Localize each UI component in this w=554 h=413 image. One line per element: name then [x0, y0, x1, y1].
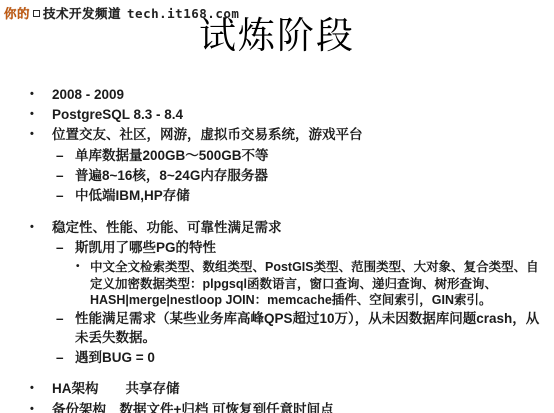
slide-title: 试炼阶段 [0, 16, 554, 59]
bullet-text: 稳定性、性能、功能、可靠性满足需求 [52, 219, 282, 237]
bullet-text: PostgreSQL 8.3 - 8.4 [52, 106, 183, 124]
bullet-text: 2008 - 2009 [52, 86, 124, 104]
bullet-text: HA架构 共享存储 [52, 380, 180, 398]
bullet-text: 备份架构 数据文件+归档 可恢复到任意时间点 [52, 401, 334, 413]
bullet-marker: • [30, 219, 52, 235]
watermark-site-url: tech.it168.com [127, 6, 239, 21]
bullet-marker: • [30, 380, 52, 396]
bullet-marker: – [56, 187, 75, 205]
bullet-text: 单库数据量200GB～500GB不等 [75, 147, 269, 165]
bullet-item: –普遍8~16核，8~24G内存服务器 [0, 167, 546, 185]
bullet-item: •备份架构 数据文件+归档 可恢复到任意时间点 [0, 401, 546, 413]
bullet-item: –遇到BUG = 0 [0, 349, 546, 367]
bullet-marker: – [56, 239, 75, 257]
bullet-item: •稳定性、性能、功能、可靠性满足需求 [0, 219, 546, 237]
bullet-item: –中低端IBM,HP存储 [0, 187, 546, 205]
bullet-marker: – [56, 349, 75, 367]
bullet-text: 中低端IBM,HP存储 [75, 187, 190, 205]
watermark: 你的 技术开发频道 tech.it168.com [4, 4, 239, 22]
bullet-item: –性能满足需求（某些业务库高峰QPS超过10万），从未因数据库问题crash，从… [0, 310, 546, 347]
bullet-marker: – [56, 310, 75, 328]
bullet-marker: • [30, 126, 52, 142]
presentation-slide: 你的 技术开发频道 tech.it168.com 试炼阶段 •2008 - 20… [0, 0, 554, 413]
watermark-prefix: 你的 [4, 4, 30, 22]
bullet-marker: – [56, 167, 75, 185]
bullet-item: •位置交友、社区，网游，虚拟币交易系统，游戏平台 [0, 126, 546, 144]
bullet-text: 普遍8~16核，8~24G内存服务器 [75, 167, 268, 185]
bullet-marker: – [56, 147, 75, 165]
bullet-item: •HA架构 共享存储 [0, 380, 546, 398]
square-separator-icon [33, 10, 40, 17]
bullet-text: 中文全文检索类型、数组类型、PostGIS类型、范围类型、大对象、复合类型、自定… [90, 259, 546, 308]
bullet-item: –斯凯用了哪些PG的特性 [0, 239, 546, 257]
bullet-text: 斯凯用了哪些PG的特性 [75, 239, 216, 257]
bullet-item: –单库数据量200GB～500GB不等 [0, 147, 546, 165]
bullet-text: 位置交友、社区，网游，虚拟币交易系统，游戏平台 [52, 126, 363, 144]
bullet-marker: • [30, 106, 52, 122]
bullet-item: •2008 - 2009 [0, 86, 546, 104]
bullet-list: •2008 - 2009•PostgreSQL 8.3 - 8.4•位置交友、社… [0, 86, 554, 413]
bullet-text: 遇到BUG = 0 [75, 349, 155, 367]
watermark-channel: 技术开发频道 [43, 4, 121, 22]
bullet-marker: • [30, 401, 52, 413]
bullet-text: 性能满足需求（某些业务库高峰QPS超过10万），从未因数据库问题crash，从未… [75, 310, 546, 347]
bullet-item: •中文全文检索类型、数组类型、PostGIS类型、范围类型、大对象、复合类型、自… [0, 259, 546, 308]
bullet-item: •PostgreSQL 8.3 - 8.4 [0, 106, 546, 124]
bullet-marker: • [76, 259, 90, 273]
bullet-marker: • [30, 86, 52, 102]
